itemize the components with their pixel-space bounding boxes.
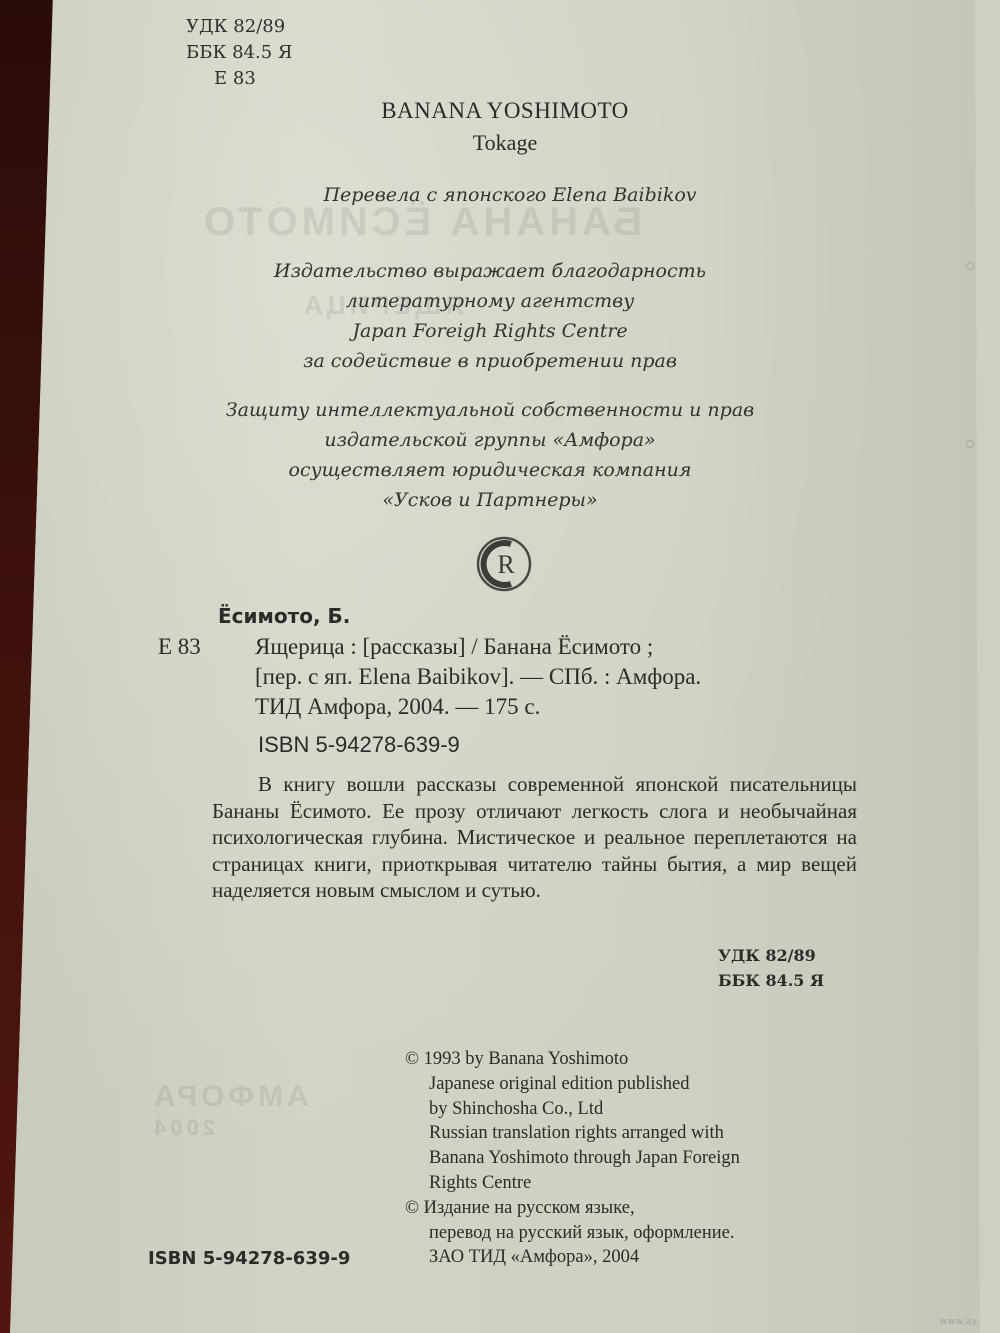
book-annotation: В книгу вошли рассказы современной японс… <box>212 771 857 904</box>
footer-udk-code: УДК 82/89 <box>718 943 824 968</box>
bleed-through-year: 2004 <box>150 1115 215 1141</box>
rights-line: Rights Centre <box>405 1171 865 1196</box>
catalog-line: [пер. с яп. Elena Baibikov]. — СПб. : Ам… <box>255 662 875 692</box>
udk-code: УДК 82/89 <box>186 14 292 40</box>
rights-line: by Shinchosha Co., Ltd <box>405 1097 865 1122</box>
page-edge-mark <box>966 262 974 270</box>
acknowledgement-line: Издательство выражает благодарность <box>210 256 770 286</box>
classification-codes: УДК 82/89 ББК 84.5 Я Е 83 <box>186 14 292 92</box>
rights-line: Banana Yoshimoto through Japan Foreign <box>405 1146 865 1171</box>
rights-line: Japanese original edition published <box>405 1072 865 1097</box>
rights-line: © 1993 by Banana Yoshimoto <box>405 1047 865 1072</box>
bleed-through-publisher: АМФОРА <box>150 1080 309 1114</box>
footer-classification-codes: УДК 82/89 ББК 84.5 Я <box>718 943 824 993</box>
footer-bbk-code: ББК 84.5 Я <box>718 968 824 993</box>
annotation-text: В книгу вошли рассказы современной японс… <box>212 771 857 904</box>
rights-line: Russian translation rights arranged with <box>405 1121 865 1146</box>
rights-block: © 1993 by Banana Yoshimoto Japanese orig… <box>405 1047 865 1270</box>
site-watermark: www.ay.by <box>940 1317 992 1327</box>
catalog-author-heading: Ёсимото, Б. <box>218 601 350 631</box>
acknowledgement-line: литературному агентству <box>210 286 770 316</box>
rights-line: ЗАО ТИД «Амфора», 2004 <box>405 1245 865 1270</box>
page-edge-mark <box>966 440 974 448</box>
translator-credit: Перевела с японского Elena Baibikov <box>230 180 790 210</box>
rights-line: перевод на русский язык, оформление. <box>405 1221 865 1246</box>
acknowledgement-line: за содействие в приобретении прав <box>210 346 770 376</box>
acknowledgement-block: Издательство выражает благодарность лите… <box>210 256 770 376</box>
legal-line: «Усков и Партнеры» <box>190 485 790 515</box>
book-page: БАНАНА ЁСИМОТО ЯЩЕРИЦА АМФОРА 2004 УДК 8… <box>0 0 1000 1333</box>
svg-text:R: R <box>497 550 515 579</box>
legal-notice-block: Защиту интеллектуальной собственности и … <box>190 395 790 515</box>
legal-line: Защиту интеллектуальной собственности и … <box>190 395 790 425</box>
author-mark: Е 83 <box>186 66 292 92</box>
rights-line: © Издание на русском языке, <box>405 1196 865 1221</box>
bottom-isbn: ISBN 5-94278-639-9 <box>148 1248 350 1269</box>
original-title: Tokage <box>300 130 710 156</box>
legal-line: осуществляет юридическая компания <box>190 455 790 485</box>
original-author: BANANA YOSHIMOTO <box>300 98 710 124</box>
catalog-description: Ящерица : [рассказы] / Банана Ёсимото ; … <box>255 632 875 722</box>
catalog-isbn: ISBN 5-94278-639-9 <box>258 730 460 760</box>
catalog-line: ТИД Амфора, 2004. — 175 с. <box>255 692 875 722</box>
copyright-registered-emblem-icon: R <box>471 533 533 595</box>
page-stack-edge <box>978 0 1000 1333</box>
bbk-code: ББК 84.5 Я <box>186 40 292 66</box>
catalog-line: Ящерица : [рассказы] / Банана Ёсимото ; <box>255 632 875 662</box>
legal-line: издательской группы «Амфора» <box>190 425 790 455</box>
acknowledgement-line: Japan Foreigh Rights Centre <box>210 316 770 346</box>
catalog-index: Е 83 <box>158 632 201 662</box>
